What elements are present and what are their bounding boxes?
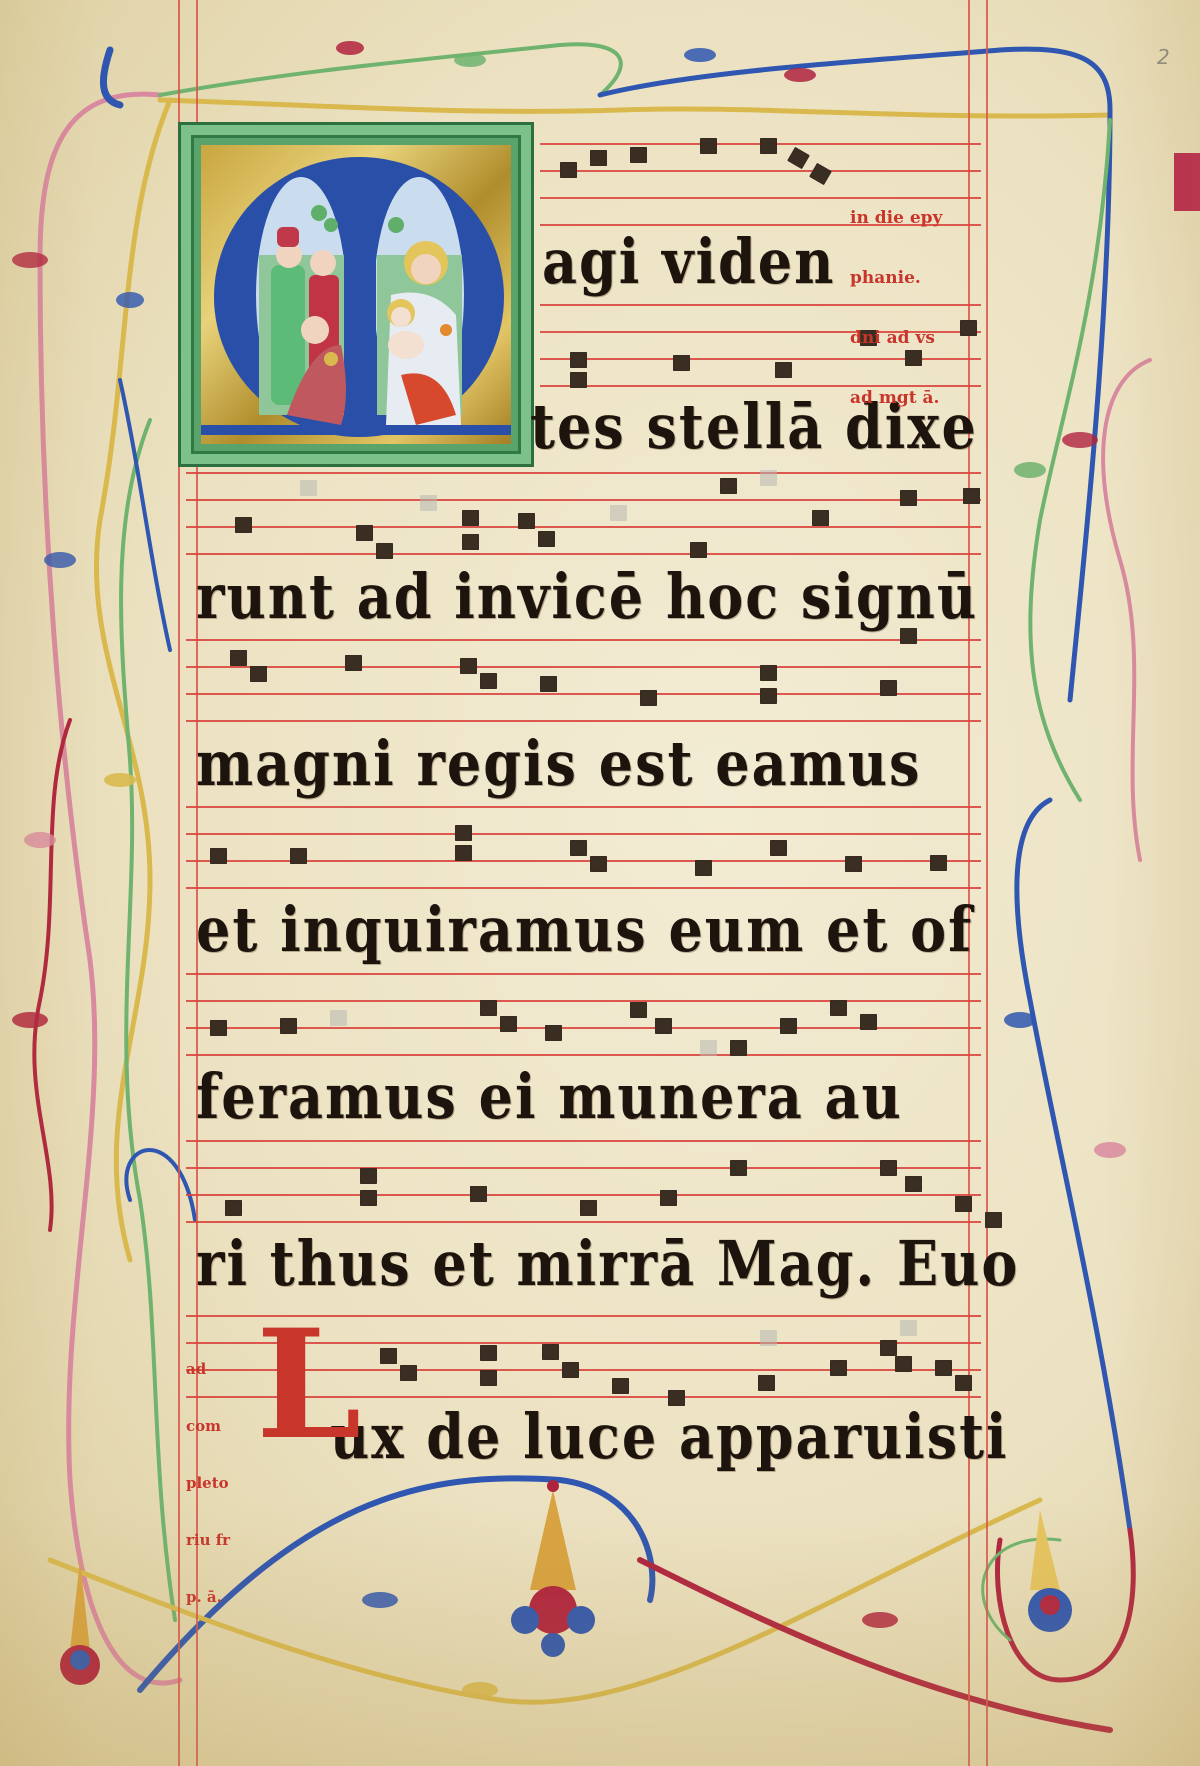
lyric-line-4: magni regis est eamus <box>196 732 921 794</box>
lyric-line-7: ri thus et mirrā Mag. Euo <box>196 1232 1019 1294</box>
adoration-of-magi-icon <box>201 145 511 445</box>
lyric-line-1: agi viden <box>542 230 835 292</box>
margin-rule <box>986 0 988 1766</box>
red-initial-l: L <box>256 1310 361 1460</box>
illuminated-initial-m <box>178 122 534 467</box>
folio-number: 2 <box>1157 45 1170 69</box>
lyric-line-5: et inquiramus eum et of <box>196 898 973 960</box>
lyric-line-6: feramus ei munera au <box>196 1065 903 1127</box>
rubric-bottom-left: ad com pleto riu fr p. ā. <box>186 1322 230 1645</box>
margin-rule <box>968 0 970 1766</box>
page-tab-marker <box>1174 153 1200 211</box>
lyric-line-8: ux de luce apparuisti <box>330 1405 1009 1467</box>
lyric-line-3: runt ad invicē hoc signū <box>196 565 978 627</box>
manuscript-page: agi viden tes stellā dixe runt ad invicē… <box>0 0 1200 1766</box>
rubric-top-right: in die epy phanie. dni ad vs ad mgt ā. <box>850 168 942 448</box>
